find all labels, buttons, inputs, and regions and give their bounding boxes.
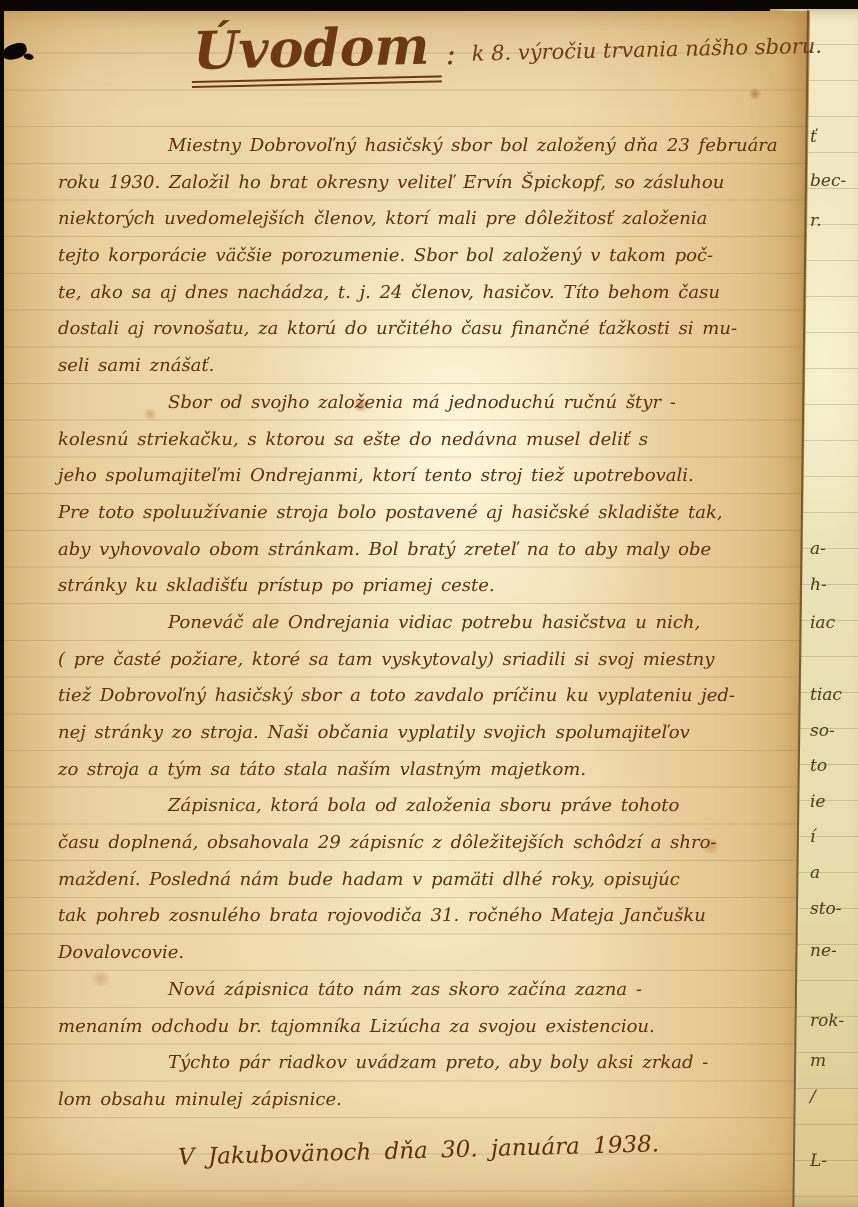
underpage-text-fragment: a bbox=[810, 863, 820, 883]
paragraph: Zápisnica, ktorá bola od založenia sboru… bbox=[58, 788, 782, 971]
underpage-text-fragment: / bbox=[810, 1087, 816, 1107]
text-line: kolesnú striekačku, s ktorou sa ešte do … bbox=[58, 422, 782, 459]
text-line: maždení. Posledná nám bude hadam v pamät… bbox=[58, 862, 782, 899]
text-line: Dovalovcovie. bbox=[58, 935, 782, 972]
paragraph: Týchto pár riadkov uvádzam preto, aby bo… bbox=[58, 1045, 782, 1118]
underpage-text-fragment: í bbox=[810, 827, 815, 847]
text-line: lom obsahu minulej zápisnice. bbox=[58, 1082, 782, 1119]
manuscript-body: Miestny Dobrovoľný hasičský sbor bol zal… bbox=[58, 128, 782, 1119]
scanned-document: ťbec-r.a-h-iactiacso-toieíasto-ne-rok-m/… bbox=[0, 0, 858, 1207]
title-colon: : bbox=[445, 37, 456, 72]
text-line: Miestny Dobrovoľný hasičský sbor bol zal… bbox=[58, 128, 782, 165]
text-line: aby vyhovovalo obom stránkam. Bol bratý … bbox=[58, 532, 782, 569]
paragraph: Sbor od svojho založenia má jednoduchú r… bbox=[58, 385, 782, 605]
underpage-text-fragment: m bbox=[810, 1051, 826, 1071]
text-line: zo stroja a tým sa táto stala naším vlas… bbox=[58, 752, 782, 789]
underpage-text-fragment: ť bbox=[810, 127, 817, 147]
text-line: dostali aj rovnošatu, za ktorú do určité… bbox=[58, 311, 782, 348]
title-word: Úvodom bbox=[191, 20, 443, 88]
text-line: Zápisnica, ktorá bola od založenia sboru… bbox=[58, 788, 782, 825]
underpage-text-fragment: ie bbox=[810, 792, 826, 812]
paragraph: Poneváč ale Ondrejania vidiac potrebu ha… bbox=[58, 605, 782, 788]
underpage-text-fragment: ne- bbox=[810, 941, 837, 961]
text-line: jeho spolumajiteľmi Ondrejanmi, ktorí te… bbox=[58, 458, 782, 495]
text-line: seli sami znášať. bbox=[58, 348, 782, 385]
underpage-text-fragment: tiac bbox=[810, 685, 842, 705]
text-line: stránky ku skladišťu prístup po priamej … bbox=[58, 568, 782, 605]
underpage-text-fragment: rok- bbox=[810, 1011, 844, 1031]
text-line: niektorých uvedomelejších členov, ktorí … bbox=[58, 201, 782, 238]
text-line: nej stránky zo stroja. Naši občania vypl… bbox=[58, 715, 782, 752]
underpage-text-fragment: so- bbox=[810, 721, 835, 741]
text-line: času doplnená, obsahovala 29 zápisníc z … bbox=[58, 825, 782, 862]
text-line: roku 1930. Založil ho brat okresny velit… bbox=[58, 165, 782, 202]
text-line: tak pohreb zosnulého brata rojovodiča 31… bbox=[58, 898, 782, 935]
text-line: ( pre časté požiare, ktoré sa tam vyskyt… bbox=[58, 642, 782, 679]
underpage-text-fragment: bec- bbox=[810, 171, 846, 191]
underpage-text-fragment: iac bbox=[810, 613, 835, 633]
text-line: Nová zápisnica táto nám zas skoro začína… bbox=[58, 972, 782, 1009]
text-line: Týchto pár riadkov uvádzam preto, aby bo… bbox=[58, 1045, 782, 1082]
paragraph: Miestny Dobrovoľný hasičský sbor bol zal… bbox=[58, 128, 782, 385]
underpage-text-fragment: L- bbox=[810, 1151, 827, 1171]
text-line: menaním odchodu br. tajomníka Lizúcha za… bbox=[58, 1009, 782, 1046]
text-line: tejto korporácie väčšie porozumenie. Sbo… bbox=[58, 238, 782, 275]
text-line: Sbor od svojho založenia má jednoduchú r… bbox=[58, 385, 782, 422]
underpage-text-fragment: r. bbox=[810, 211, 822, 231]
underpage-text-fragment: a- bbox=[810, 539, 826, 559]
underpage-text-fragment: sto- bbox=[810, 899, 842, 919]
text-line: Pre toto spoluužívanie stroja bolo posta… bbox=[58, 495, 782, 532]
underpage-text-fragment: h- bbox=[810, 575, 827, 595]
paragraph: Nová zápisnica táto nám zas skoro začína… bbox=[58, 972, 782, 1045]
text-line: Poneváč ale Ondrejania vidiac potrebu ha… bbox=[58, 605, 782, 642]
underpage-text-fragment: to bbox=[810, 756, 827, 776]
text-line: te, ako sa aj dnes nachádza, t. j. 24 čl… bbox=[58, 275, 782, 312]
title-annotation: k 8. výročiu trvania nášho sboru. bbox=[471, 34, 822, 66]
text-line: tiež Dobrovoľný hasičský sbor a toto zav… bbox=[58, 678, 782, 715]
